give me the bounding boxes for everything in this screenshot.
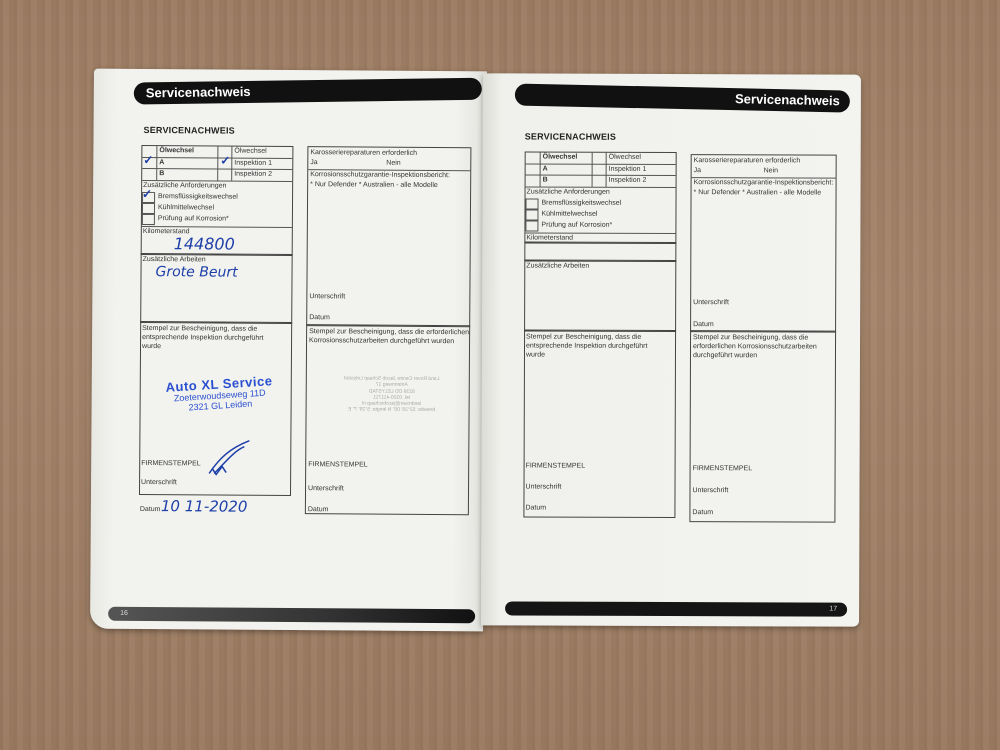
signature-label: Unterschrift <box>526 483 562 490</box>
brake-fluid-label: Bremsflüssigkeitswechsel <box>158 193 238 201</box>
yes-label: Ja <box>694 167 701 174</box>
corrosion-check-label: Prüfung auf Korrosion* <box>158 215 229 222</box>
company-stamp-label-right: FIRMENSTEMPEL <box>308 461 368 468</box>
oil-change-bold-label: Ölwechsel <box>159 147 194 154</box>
corrosion-check-label: Prüfung auf Korrosion* <box>541 222 612 229</box>
corrosion-stamp-box: Stempel zur Bescheinigung, dass die erfo… <box>689 330 836 523</box>
oil-change-bold-label: Ölwechsel <box>543 154 578 161</box>
inspection-2-label: Inspektion 2 <box>234 171 272 178</box>
booklet-page-left: Servicenachweis SERVICENACHWEIS Ölwechse… <box>90 69 487 632</box>
corrosion-stamp-confirmation-label: Stempel zur Bescheinigung, dass die erfo… <box>309 327 469 346</box>
corrosion-check-checkbox[interactable] <box>142 214 155 225</box>
additional-work-value[interactable]: Grote Beurt <box>155 264 237 281</box>
option-b-label: B <box>543 177 548 184</box>
corrosion-note: * Nur Defender * Australien - alle Model… <box>694 189 822 196</box>
body-repairs-box: Karosseriereparaturen erforderlich Ja Ne… <box>690 154 837 333</box>
signature-label-right-2: Unterschrift <box>692 487 728 494</box>
page-number: 17 <box>829 606 837 613</box>
option-b-label: B <box>159 170 164 177</box>
date-label-right-2: Datum <box>308 506 329 513</box>
coolant-checkbox[interactable] <box>142 203 155 214</box>
inspection-2-label: Inspektion 2 <box>609 177 647 184</box>
checkmark-brake-fluid-icon: ✓ <box>142 187 152 201</box>
corrosion-note: * Nur Defender * Australien - alle Model… <box>310 181 438 189</box>
company-stamp-label-right: FIRMENSTEMPEL <box>693 465 753 472</box>
option-a-label: A <box>159 159 164 166</box>
company-stamp-label: FIRMENSTEMPEL <box>526 462 586 469</box>
booklet-page-right: Servicenachweis SERVICENACHWEIS Ölwechse… <box>481 73 861 626</box>
stamp-confirmation-label: Stempel zur Bescheinigung, dass die ents… <box>526 332 666 360</box>
body-repairs-label: Karosseriereparaturen erforderlich <box>694 157 801 164</box>
checkmark-inspection-1-icon[interactable]: ✓ <box>220 154 230 168</box>
no-label: Nein <box>386 160 400 167</box>
corrosion-report-label: Korrosionsschutzgarantie-Inspektionsberi… <box>310 171 450 179</box>
date-label: Datum <box>140 506 161 513</box>
corrosion-check-checkbox[interactable] <box>525 220 538 231</box>
date-value[interactable]: 10 11-2020 <box>161 497 248 516</box>
workshop-stamp: Auto XL Service Zoeterwoudseweg 11D 2321… <box>154 373 286 415</box>
checkmark-option-a-icon[interactable]: ✓ <box>143 153 153 167</box>
no-label: Nein <box>764 167 778 174</box>
inspection-stamp-box: Stempel zur Bescheinigung, dass die ents… <box>139 321 292 496</box>
brake-fluid-checkbox[interactable] <box>525 198 538 209</box>
stamp-confirmation-label: Stempel zur Bescheinigung, dass die ents… <box>142 324 282 352</box>
date-label-right: Datum <box>693 321 714 328</box>
additional-work-label: Zusätzliche Arbeiten <box>143 256 206 263</box>
section-heading: SERVICENACHWEIS <box>525 131 616 141</box>
company-stamp-label: FIRMENSTEMPEL <box>141 460 201 467</box>
section-heading: SERVICENACHWEIS <box>143 125 234 136</box>
date-label-right: Datum <box>309 314 330 321</box>
signature-scribble-icon <box>204 438 254 478</box>
service-checklist-box: Ölwechsel A B Ölwechsel Inspektion 1 Ins… <box>524 151 676 244</box>
brake-fluid-label: Bremsflüssigkeitswechsel <box>541 200 621 207</box>
signature-label-right: Unterschrift <box>309 293 345 300</box>
coolant-label: Kühlmittelwechsel <box>541 211 597 218</box>
body-repairs-box: Karosseriereparaturen erforderlich Ja Ne… <box>306 146 471 327</box>
service-checklist-box: Ölwechsel A B Ölwechsel Inspektion 1 Ins… <box>141 145 294 256</box>
page-footer-bar: 16 <box>108 607 475 624</box>
coolant-checkbox[interactable] <box>525 209 538 220</box>
inspection-1-label: Inspektion 1 <box>609 166 647 173</box>
page-banner: Servicenachweis <box>134 78 482 105</box>
additional-requirements-label: Zusätzliche Anforderungen <box>527 188 610 195</box>
inspection-1-label: Inspektion 1 <box>234 160 272 167</box>
date-label: Datum <box>525 504 546 511</box>
corrosion-stamp-confirmation-label: Stempel zur Bescheinigung, dass die erfo… <box>693 333 835 361</box>
mileage-value[interactable]: 144800 <box>174 234 235 253</box>
oil-change-label: Ölwechsel <box>609 154 641 161</box>
additional-work-box: Zusätzliche Arbeiten <box>524 259 676 332</box>
additional-work-label: Zusätzliche Arbeiten <box>526 262 589 269</box>
additional-work-box: Zusätzliche Arbeiten Grote Beurt <box>140 253 292 324</box>
page-banner: Servicenachweis <box>515 84 850 113</box>
signature-label-right-2: Unterschrift <box>308 485 344 492</box>
signature-label: Unterschrift <box>141 479 177 486</box>
inspection-stamp-box: Stempel zur Bescheinigung, dass die ents… <box>523 329 676 518</box>
additional-requirements-label: Zusätzliche Anforderungen <box>143 182 226 190</box>
date-label-right-2: Datum <box>692 509 713 516</box>
corrosion-report-label: Korrosionsschutzgarantie-Inspektionsberi… <box>694 179 834 186</box>
coolant-label: Kühlmittelwechsel <box>158 204 214 211</box>
page-number: 16 <box>120 610 128 617</box>
yes-label: Ja <box>310 159 317 166</box>
body-repairs-label: Karosseriereparaturen erforderlich <box>310 149 417 157</box>
signature-label-right: Unterschrift <box>693 299 729 306</box>
oil-change-label: Ölwechsel <box>234 148 266 155</box>
corrosion-stamp-box: Stempel zur Bescheinigung, dass die erfo… <box>305 324 470 515</box>
option-a-label: A <box>543 166 548 173</box>
bleedthrough-stamp: Land Rover Centre Jacob Schaap Lelystad … <box>327 375 457 413</box>
page-footer-bar: 17 <box>505 601 847 616</box>
